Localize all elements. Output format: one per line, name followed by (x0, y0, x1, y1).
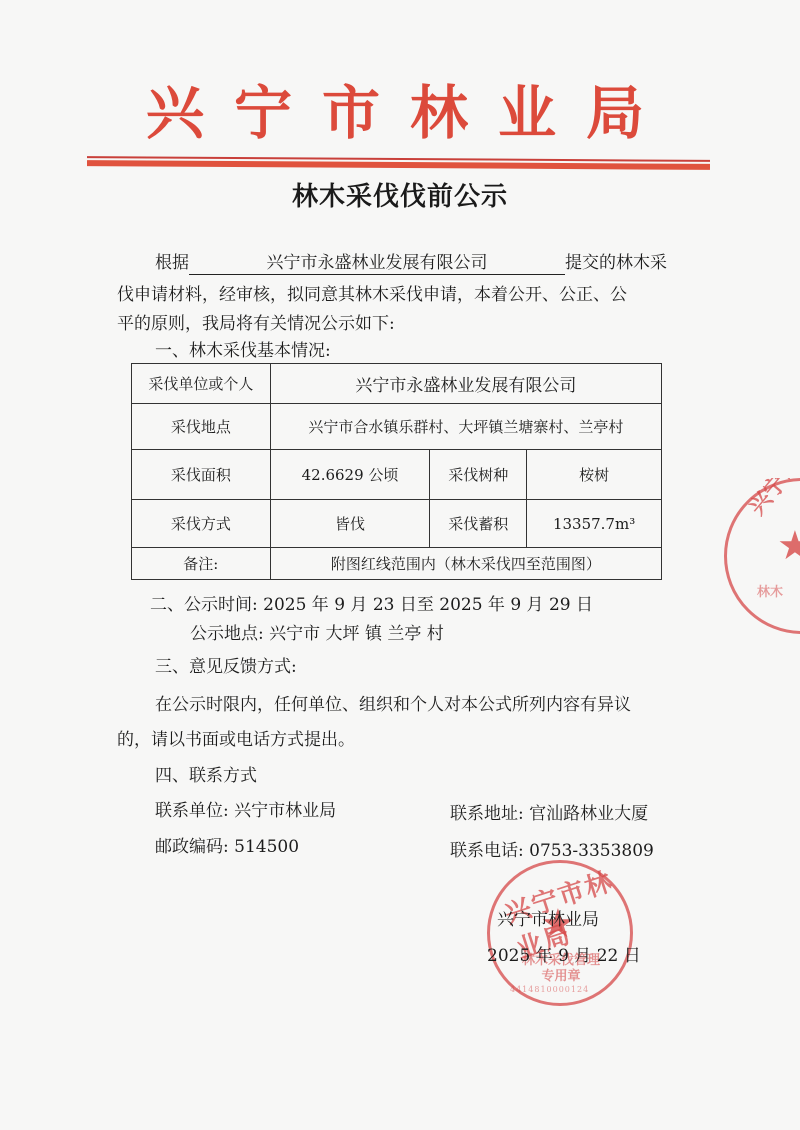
section1-heading: 一、林木采伐基本情况: (155, 340, 331, 362)
table-row: 备注: 附图红线范围内（林木采伐四至范围图） (132, 548, 662, 580)
feedback-line-1: 在公示时限内，任何单位、组织和个人对本公式所列内容有异议 (155, 694, 631, 716)
intro-line-1: 根据兴宁市永盛林业发展有限公司提交的林木采 (155, 252, 667, 275)
edge-seal-bottom-text: 林木 (757, 581, 783, 600)
table-row: 采伐单位或个人 兴宁市永盛林业发展有限公司 (132, 364, 662, 404)
seal-code: 4414810000124 (510, 985, 589, 994)
contact-address: 联系地址: 官汕路林业大厦 (450, 803, 648, 825)
location-value: 兴宁市合水镇乐群村、大坪镇兰塘寨村、兰亭村 (270, 404, 661, 450)
remarks-value: 附图红线范围内（林木采伐四至范围图） (270, 548, 661, 580)
postal-code: 邮政编码: 514500 (155, 836, 299, 858)
area-value: 42.6629 公顷 (270, 450, 430, 500)
edge-seal: 兴宁市林 ★ 林木 (724, 478, 800, 634)
section4-heading: 四、联系方式 (155, 765, 257, 787)
unit-value: 兴宁市永盛林业发展有限公司 (270, 364, 661, 404)
agency-masthead: 兴宁市林业局 (0, 78, 800, 148)
signature-issuer: 兴宁市林业局 (497, 909, 599, 931)
edge-seal-text: 兴宁市林 (741, 478, 800, 521)
document-title: 林木采伐伐前公示 (0, 176, 800, 213)
area-label: 采伐面积 (132, 450, 271, 500)
table-row: 采伐地点 兴宁市合水镇乐群村、大坪镇兰塘寨村、兰亭村 (132, 404, 662, 450)
species-value: 桉树 (527, 450, 662, 500)
intro-line-3: 平的原则，我局将有关情况公示如下: (117, 313, 395, 335)
edge-seal-star-icon: ★ (777, 523, 800, 569)
contact-unit: 联系单位: 兴宁市林业局 (155, 800, 336, 822)
header-rule-thick (87, 160, 710, 170)
table-row: 采伐面积 42.6629 公顷 采伐树种 桉树 (132, 450, 662, 500)
intro-prefix: 根据 (155, 253, 189, 273)
section3-heading: 三、意见反馈方式: (155, 656, 297, 678)
applicant-name: 兴宁市永盛林业发展有限公司 (189, 252, 565, 275)
notice-location: 公示地点: 兴宁市 大坪 镇 兰亭 村 (190, 623, 444, 645)
remarks-label: 备注: (132, 548, 271, 580)
intro-line1-suffix: 提交的林木采 (565, 253, 667, 273)
species-label: 采伐树种 (430, 450, 527, 500)
volume-label: 采伐蓄积 (430, 500, 527, 548)
harvest-info-table: 采伐单位或个人 兴宁市永盛林业发展有限公司 采伐地点 兴宁市合水镇乐群村、大坪镇… (131, 363, 662, 580)
feedback-line-2: 的，请以书面或电话方式提出。 (117, 729, 355, 751)
method-label: 采伐方式 (132, 500, 271, 548)
edge-seal-clip: 兴宁市林 ★ 林木 (722, 478, 800, 638)
intro-line-2: 伐申请材料，经审核，拟同意其林木采伐申请，本着公开、公正、公 (117, 284, 627, 306)
unit-label: 采伐单位或个人 (132, 364, 271, 404)
table-row: 采伐方式 皆伐 采伐蓄积 13357.7m³ (132, 500, 662, 548)
contact-phone: 联系电话: 0753-3353809 (450, 840, 654, 862)
document-page: 兴宁市林业局 林木采伐伐前公示 根据兴宁市永盛林业发展有限公司提交的林木采 伐申… (0, 0, 800, 1130)
notice-period: 二、公示时间: 2025 年 9 月 23 日至 2025 年 9 月 29 日 (150, 594, 593, 616)
signature-date: 2025 年 9 月 22 日 (487, 945, 641, 967)
method-value: 皆伐 (270, 500, 430, 548)
volume-value: 13357.7m³ (527, 500, 662, 548)
location-label: 采伐地点 (132, 404, 271, 450)
official-seal: 兴宁市林业局 ★ 林木采伐管理专用章 4414810000124 (487, 860, 633, 1006)
